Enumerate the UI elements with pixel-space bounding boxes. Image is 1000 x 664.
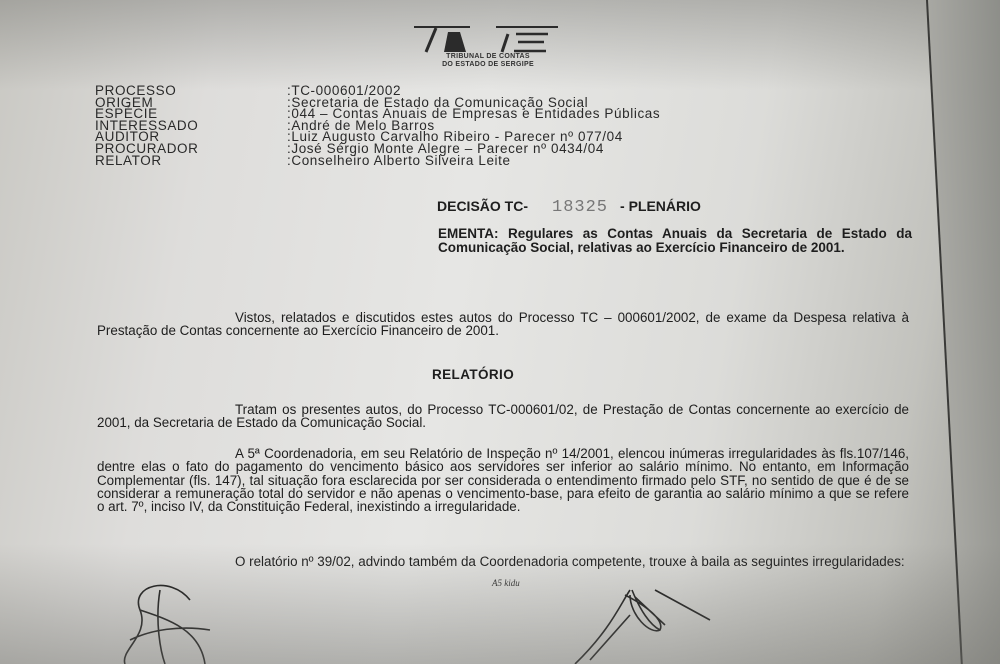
tce-logo-icon	[408, 24, 568, 54]
decision-prefix: DECISÃO TC-	[437, 198, 528, 214]
institution-name: TRIBUNAL DE CONTAS DO ESTADO DE SERGIPE	[408, 53, 568, 69]
decision-title: DECISÃO TC-18325- PLENÁRIO	[437, 198, 701, 217]
institution-line-1: TRIBUNAL DE CONTAS	[408, 53, 568, 61]
paragraph-text: O relatório nº 39/02, advindo também da …	[235, 554, 905, 569]
paragraph-coordenadoria: A 5ª Coordenadoria, em seu Relatório de …	[97, 447, 909, 513]
paragraph-text: Tratam os presentes autos, do Processo T…	[97, 402, 909, 430]
decision-suffix: - PLENÁRIO	[620, 198, 701, 214]
section-heading: RELATÓRIO	[432, 367, 514, 382]
ementa: EMENTA: Regulares as Contas Anuais da Se…	[438, 227, 912, 254]
paragraph-relatorio: O relatório nº 39/02, advindo também da …	[97, 555, 909, 568]
process-metadata: PROCESSO:TC-000601/2002ORIGEM:Secretaria…	[95, 85, 660, 166]
institution-line-2: DO ESTADO DE SERGIPE	[408, 61, 568, 69]
paragraph-vistos: Vistos, relatados e discutidos estes aut…	[97, 311, 909, 338]
metadata-row-relator: RELATOR:Conselheiro Alberto Silveira Lei…	[95, 155, 660, 167]
handwritten-rubric: A5 kidu	[492, 578, 520, 588]
page-edge-shadow	[926, 0, 1000, 664]
signature-left-icon	[110, 580, 260, 664]
paragraph-text: Vistos, relatados e discutidos estes aut…	[97, 310, 909, 338]
metadata-label: RELATOR	[95, 155, 287, 167]
signature-right-icon	[570, 585, 730, 664]
paragraph-tratam: Tratam os presentes autos, do Processo T…	[97, 403, 909, 430]
decision-number: 18325	[552, 198, 608, 217]
metadata-value: :Conselheiro Alberto Silveira Leite	[287, 155, 511, 167]
paragraph-text: A 5ª Coordenadoria, em seu Relatório de …	[97, 446, 909, 514]
document-page: TRIBUNAL DE CONTAS DO ESTADO DE SERGIPE …	[0, 0, 1000, 664]
